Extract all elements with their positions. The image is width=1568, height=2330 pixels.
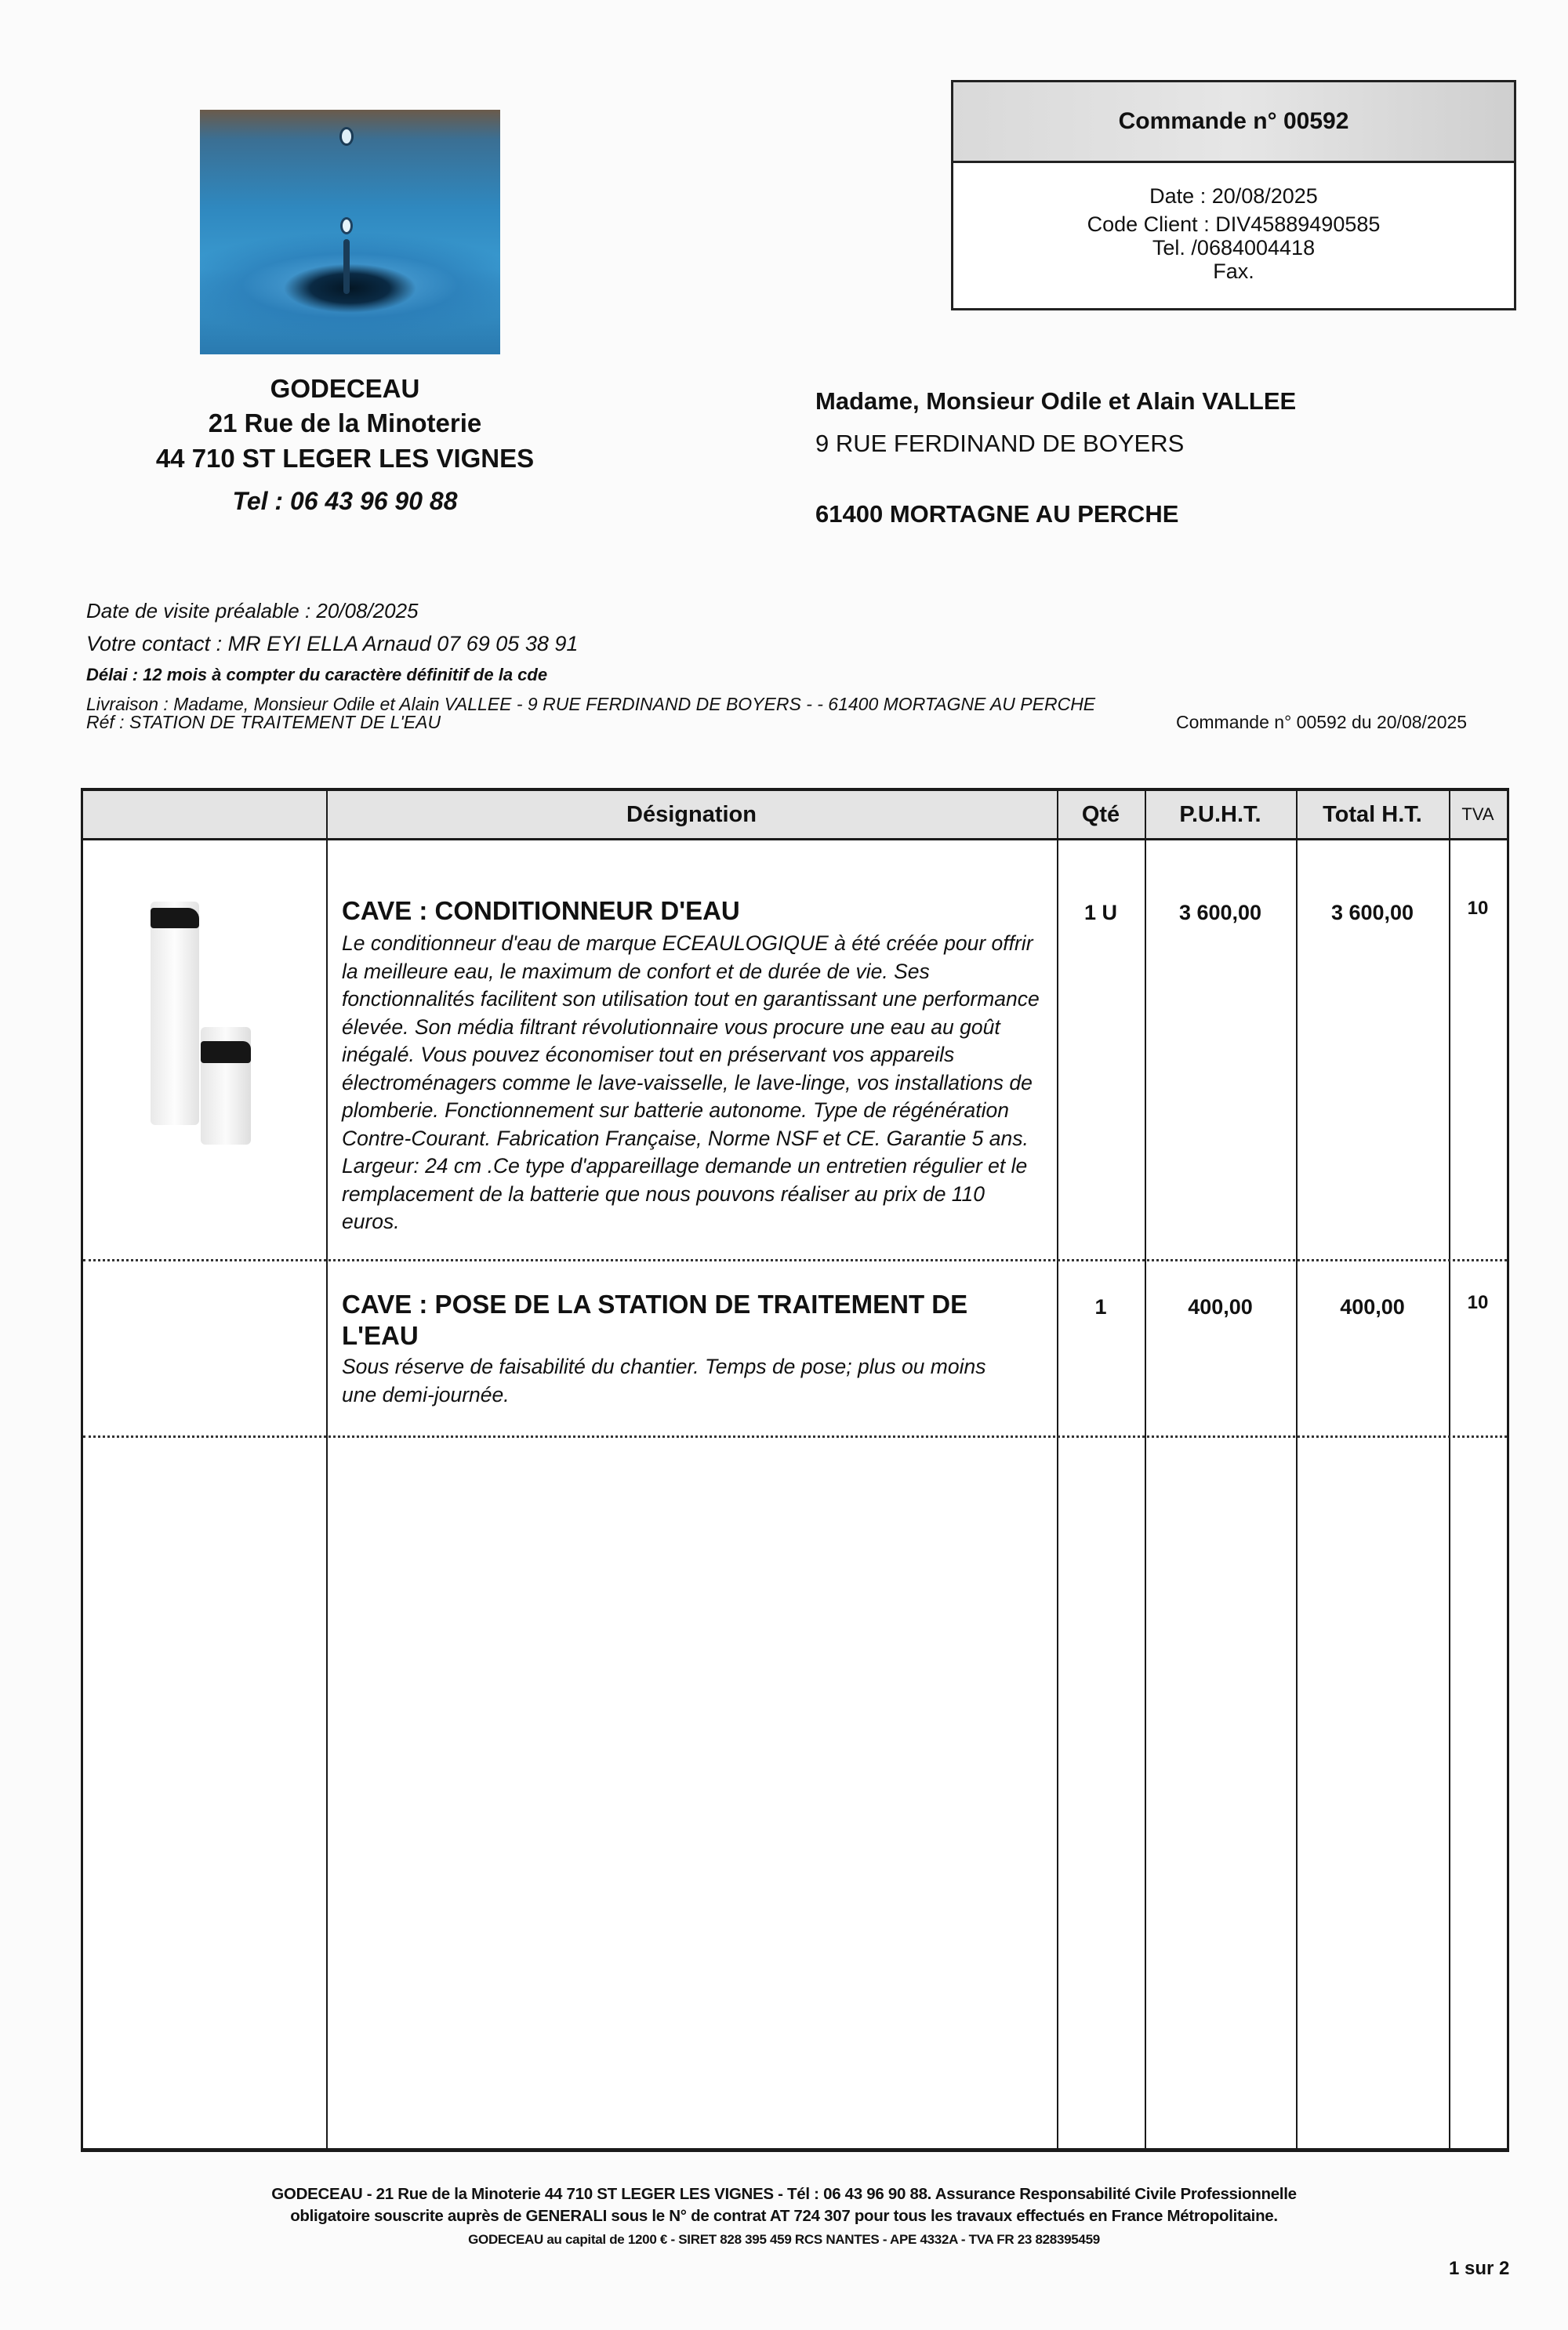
column-divider	[1296, 791, 1298, 2148]
reference: Réf : STATION DE TRAITEMENT DE L'EAU	[86, 712, 441, 733]
contact: Votre contact : MR EYI ELLA Arnaud 07 69…	[86, 632, 578, 656]
client-street: 9 RUE FERDINAND DE BOYERS	[815, 430, 1184, 458]
header-designation: Désignation	[326, 791, 1057, 838]
order-number-title: Commande n° 00592	[953, 82, 1514, 163]
company-phone: Tel : 06 43 96 90 88	[110, 484, 580, 518]
company-street: 21 Rue de la Minoterie	[110, 406, 580, 441]
company-logo-water-drop	[200, 110, 500, 354]
item-title: CAVE : CONDITIONNEUR D'EAU	[342, 895, 1047, 927]
row-divider	[83, 1435, 1507, 1438]
order-reference: Commande n° 00592 du 20/08/2025	[1176, 712, 1467, 733]
header-divider	[83, 838, 1507, 840]
order-lines-table: Désignation Qté P.U.H.T. Total H.T. TVA …	[81, 788, 1509, 2152]
visit-date: Date de visite préalable : 20/08/2025	[86, 599, 419, 623]
item-description: Le conditionneur d'eau de marque ECEAULO…	[342, 930, 1040, 1236]
client-name: Madame, Monsieur Odile et Alain VALLEE	[815, 387, 1296, 416]
item-qty: 1 U	[1057, 901, 1145, 925]
item-qty: 1	[1057, 1295, 1145, 1319]
header-total: Total H.T.	[1296, 791, 1449, 838]
footer-line-2: obligatoire souscrite auprès de GENERALI…	[0, 2207, 1568, 2226]
table-header: Désignation Qté P.U.H.T. Total H.T. TVA	[83, 791, 1507, 838]
company-name: GODECEAU	[110, 372, 580, 406]
footer-line-3: GODECEAU au capital de 1200 € - SIRET 82…	[0, 2232, 1568, 2248]
column-divider	[1449, 791, 1450, 2148]
column-divider	[326, 791, 328, 2148]
order-date: Date : 20/08/2025	[953, 182, 1514, 210]
item-unit-price: 3 600,00	[1145, 901, 1296, 925]
client-fax: Fax.	[953, 257, 1514, 285]
client-city: 61400 MORTAGNE AU PERCHE	[815, 500, 1178, 528]
column-divider	[1145, 791, 1146, 2148]
header-vat: TVA	[1449, 791, 1507, 838]
company-city: 44 710 ST LEGER LES VIGNES	[110, 441, 580, 476]
item-unit-price: 400,00	[1145, 1295, 1296, 1319]
delay: Délai : 12 mois à compter du caractère d…	[86, 665, 547, 685]
order-info-box: Commande n° 00592 Date : 20/08/2025 Code…	[951, 80, 1516, 310]
header-qty: Qté	[1057, 791, 1145, 838]
item-vat: 10	[1449, 898, 1507, 920]
water-splash-icon	[343, 239, 350, 294]
footer-line-1: GODECEAU - 21 Rue de la Minoterie 44 710…	[0, 2185, 1568, 2204]
item-total: 400,00	[1296, 1295, 1449, 1319]
item-title: CAVE : POSE DE LA STATION DE TRAITEMENT …	[342, 1289, 1032, 1352]
item-vat: 10	[1449, 1292, 1507, 1314]
header-unit-price: P.U.H.T.	[1145, 791, 1296, 838]
item-total: 3 600,00	[1296, 901, 1449, 925]
item-description: Sous réserve de faisabilité du chantier.…	[342, 1353, 1016, 1409]
row-divider	[83, 1259, 1507, 1261]
water-drop-icon	[342, 129, 351, 143]
water-drop-icon	[343, 220, 350, 232]
water-softener-product-icon	[141, 894, 274, 1152]
page-number: 1 sur 2	[1449, 2258, 1509, 2280]
column-divider	[1057, 791, 1058, 2148]
